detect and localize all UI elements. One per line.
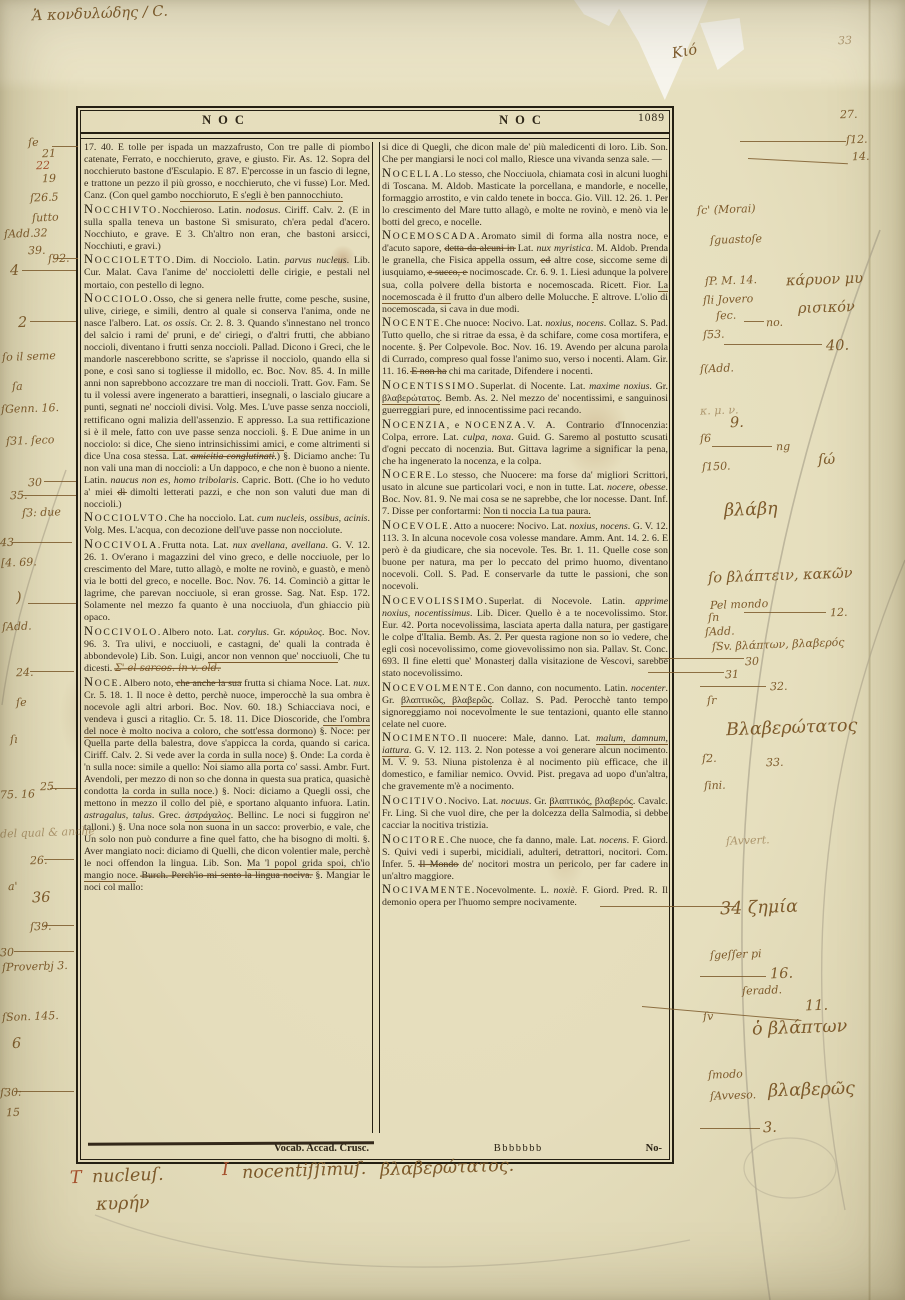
margin-annotation: ſ39. [30, 920, 52, 934]
entry-headword: NOCEVOLE. [382, 519, 454, 533]
entry-text: astragalus, talus [84, 810, 152, 821]
entry-text: nocchioruto, E s'egli è ben pannocchiuto… [180, 190, 343, 202]
running-head-right: NOC [375, 113, 672, 128]
entry-text: Frutta nota. Lat. [162, 540, 233, 551]
margin-annotation: ng [776, 440, 791, 453]
dictionary-entry: NOCENTISSIMO. Superlat. di Nocente. Lat.… [382, 379, 668, 417]
margin-leader-line [740, 141, 846, 142]
entry-text: che anche la sua [176, 678, 241, 689]
entry-text: Nocivo. Lat. [448, 796, 501, 807]
entry-headword: NOCEVOLISSIMO. [382, 594, 489, 608]
scanned-dictionary-page: NOC NOC 1089 17. 40. E tolle per ispada … [0, 0, 905, 1300]
margin-leader-line [14, 951, 74, 952]
margin-annotation: 39. [28, 244, 46, 258]
margin-annotation: ſ(Add. [700, 361, 734, 375]
entry-headword: NOCERE. [382, 468, 437, 482]
entry-text: . Grec. [152, 810, 185, 821]
entry-text: Il Mondo [419, 859, 458, 870]
margin-leader-line [44, 481, 76, 482]
entry-text: parvus nucleus [285, 255, 347, 266]
margin-annotation: ſ2. [702, 752, 717, 766]
entry-text: naucus non es, homo tribolaris [111, 475, 237, 486]
entry-headword: NOCE. [84, 676, 123, 690]
dictionary-entry: NOCITORE. Che nuoce, che fa danno, male.… [382, 833, 668, 883]
margin-annotation: 24. [16, 666, 34, 680]
running-head: NOC NOC 1089 [78, 108, 672, 132]
entry-text: nux myristica [537, 243, 591, 254]
dictionary-entry: NOCCIOLVTO. Che ha nocciolo. Lat. cum nu… [84, 511, 370, 537]
entry-text: . Gr. [649, 381, 668, 392]
margin-leader-line [700, 1128, 760, 1129]
entry-text: Atto a nuocere: Nocivo. Lat. [454, 521, 570, 532]
entry-text: βλαπτικῶς, βλαβερῶς [401, 695, 492, 707]
margin-annotation: 3. [763, 1120, 777, 1136]
entry-text: Albero noto, [123, 678, 176, 689]
column-divider-rule [372, 142, 380, 1133]
entry-text: noxius, nocens [545, 318, 603, 329]
entry-text: detta da alcuni in [445, 243, 515, 254]
margin-leader-line [724, 344, 822, 345]
dictionary-entry: NOCCIVOLA. Frutta nota. Lat. nux avellan… [84, 538, 370, 624]
margin-annotation: 15 [6, 1106, 20, 1119]
entry-headword: NOCENZIA, e NOCENZA. [382, 418, 527, 432]
margin-annotation: nucleuſ. [92, 1165, 164, 1187]
margin-annotation: ſGenn. 16. [1, 401, 59, 416]
margin-annotation: 31 [725, 668, 739, 681]
margin-leader-line [22, 495, 76, 496]
margin-annotation: 30 [28, 476, 42, 489]
margin-annotation: ſAdd. [705, 624, 735, 638]
entry-text: maxime noxius [589, 381, 649, 392]
margin-annotation: 40. [826, 338, 850, 355]
margin-annotation: ſutto [32, 211, 59, 225]
handwritten-correction: Σ' el sarcos. in v. old. [115, 663, 220, 674]
entry-text: ἀστράγαλος [185, 810, 231, 822]
margin-annotation: ὁ βλάπτων [752, 1016, 848, 1039]
left-column: 17. 40. E tolle per ispada un mazzafrust… [84, 142, 370, 1133]
margin-annotation: ſAdd. [2, 619, 32, 633]
margin-leader-line [14, 1091, 74, 1092]
margin-annotation: ſ31. ſeco [6, 433, 55, 448]
entry-headword: NOCEMOSCADA. [382, 229, 481, 243]
margin-annotation: 9. [730, 415, 744, 431]
margin-annotation: 2 [18, 315, 28, 331]
margin-annotation: ſP. M. 14. [705, 273, 757, 288]
entry-text: . Gr. [267, 627, 290, 638]
entry-text: frutto d'un albero delle Molucche. [451, 292, 593, 303]
entry-text: Che nuoce: Nocivo. Lat. [445, 318, 545, 329]
margin-annotation: 35. [10, 489, 28, 503]
margin-annotation: ſmodo [708, 1067, 743, 1081]
entry-text: . G. V. 12. 26. 1. Ov'erano i magazzini … [84, 540, 370, 623]
entry-text: Che ha nocciolo. Lat. [169, 513, 258, 524]
entry-headword: NOCEVOLMENTE. [382, 681, 487, 695]
entry-text: culpa, noxa [463, 432, 511, 443]
entry-text: Superlat. di Nocente. Lat. [480, 381, 589, 392]
margin-annotation: 16. [770, 966, 794, 983]
margin-leader-line [744, 612, 826, 613]
entry-headword: NOCCIVOLA. [84, 538, 162, 552]
right-column: si dice di Quegli, che dicon male de' pi… [382, 142, 668, 1133]
margin-annotation: ſc' (Morai) [697, 202, 756, 217]
page-number: 1089 [638, 112, 665, 124]
entry-text: nodosus [246, 205, 278, 216]
margin-annotation: κάρυον μυ [786, 271, 864, 290]
entry-text: Nocevolmente. L. [476, 885, 553, 896]
margin-annotation: ſAvveso. [710, 1088, 757, 1103]
margin-annotation: 30 [0, 946, 14, 959]
entry-headword: NOCELLA. [382, 167, 445, 181]
entry-text: Albero noto. Lat. [162, 627, 238, 638]
margin-annotation: ſo il seme [2, 349, 56, 364]
margin-annotation: ſı [10, 733, 18, 746]
margin-leader-line [700, 976, 766, 977]
margin-leader-line [748, 158, 848, 164]
entry-text: κόρυλος [290, 627, 322, 638]
entry-text: corda in sulla noce [208, 750, 284, 762]
margin-leader-line [700, 686, 766, 687]
entry-text: ed [541, 255, 550, 266]
entry-text: E non ha [411, 366, 446, 377]
margin-annotation: ) [16, 590, 22, 606]
margin-annotation: 21 [42, 147, 56, 160]
entry-text: chi ma caritade, Difendere i nocenti. [446, 366, 592, 377]
dictionary-entry: 17. 40. E tolle per ispada un mazzafrust… [84, 142, 370, 202]
dictionary-entry: NOCCIVOLO. Albero noto. Lat. corylus. Gr… [84, 625, 370, 675]
paper-top-strip [0, 0, 905, 92]
margin-leader-line [712, 446, 772, 447]
entry-text: noxiè [554, 885, 575, 896]
margin-annotation: ſec. [716, 309, 737, 323]
catchword: No- [646, 1143, 662, 1154]
margin-annotation: ſv [703, 1010, 714, 1023]
entry-text: noxius, nocens [569, 521, 627, 532]
dictionary-entry: NOCITIVO. Nocivo. Lat. nocuus. Gr. βλαπτ… [382, 794, 668, 832]
entry-headword: NOCCIOLVTO. [84, 511, 169, 525]
footer-imprint: Vocab. Accad. Crusc. [274, 1143, 369, 1154]
header-rule [80, 132, 670, 139]
margin-annotation: 26. [30, 854, 48, 868]
entry-headword: NOCCHIVTO. [84, 203, 162, 217]
gathering-signature: Bbbbbbb [494, 1143, 543, 1154]
entry-headword: NOCIMENTO. [382, 731, 461, 745]
entry-headword: NOCCIOLETTO. [84, 253, 176, 267]
margin-annotation: ſSon. 145. [2, 1009, 59, 1024]
margin-annotation: ſώ [818, 452, 836, 469]
margin-annotation: ſSv. βλάπτων, βλαβερός [712, 636, 845, 654]
text-columns: 17. 40. E tolle per ispada un mazzafrust… [78, 139, 672, 1133]
entry-headword: NOCITORE. [382, 833, 450, 847]
dictionary-entry: NOCIMENTO. Il nuocere: Male, danno. Lat.… [382, 731, 668, 793]
margin-annotation: ſo βλάπτειν, κακῶν [708, 565, 853, 586]
entry-text: Dim. di Nocciolo. Latin. [176, 255, 285, 266]
dictionary-entry: NOCCIOLO. Osso, che si genera nelle frut… [84, 292, 370, 511]
dictionary-entry: si dice di Quegli, che dicon male de' pi… [382, 142, 668, 166]
entry-text: Non ti noccia La tua paura. [483, 506, 590, 518]
paper-fold-line [868, 0, 871, 1300]
margin-annotation: ſ150. [702, 460, 731, 474]
entry-text: Che nuoce, che fa danno, male. Lat. [450, 835, 599, 846]
entry-text: Che sieno intrinsichissimi amici [156, 439, 285, 451]
entry-text: βλαβερώτατος [382, 393, 440, 405]
entry-text: nocenter [631, 683, 666, 694]
entry-text: βλαπτικός, βλαβερός [549, 796, 632, 808]
entry-text: nux avellana, avellana [233, 540, 326, 551]
entry-text: Con danno, con nocumento. Latin. [487, 683, 630, 694]
margin-annotation: ſn [708, 611, 720, 624]
printed-text-block: NOC NOC 1089 17. 40. E tolle per ispada … [76, 106, 674, 1164]
margin-leader-line [744, 321, 764, 322]
margin-leader-line [54, 258, 78, 259]
margin-annotation: ſr [707, 694, 717, 707]
margin-annotation: κ. μ. ν. [700, 403, 739, 417]
margin-annotation: 36 [32, 890, 51, 907]
entry-text: . Gr. [529, 796, 549, 807]
entry-text: Porta nocevolissima, lasciata aperta dal… [417, 620, 611, 632]
margin-annotation: a' [8, 880, 18, 893]
entry-text: os ossis [163, 318, 194, 329]
margin-annotation: 6 [12, 1036, 22, 1052]
margin-annotation: 32. [770, 680, 788, 694]
entry-text: la corda in sulla noce [122, 786, 212, 798]
margin-annotation: ſ53. [703, 328, 725, 342]
margin-annotation: 12. [830, 606, 848, 620]
footer-line: Vocab. Accad. Crusc. Bbbbbbb No- [78, 1143, 672, 1159]
margin-annotation: 22 [36, 159, 50, 172]
entry-headword: NOCITIVO. [382, 794, 448, 808]
margin-annotation: ſProverbj 3. [2, 959, 68, 974]
entry-text: cum nucleis, ossibus, acinis [257, 513, 367, 524]
margin-leader-line [44, 925, 74, 926]
entry-text: amicitia conglutinati [191, 451, 274, 462]
margin-annotation: ſAdd.32 [4, 226, 48, 241]
entry-text: . Cr. 2. 8. 3. Quando s'innestano nel tr… [84, 318, 370, 449]
entry-text: Superlat. di Nocevole. Latin. [489, 596, 635, 607]
margin-annotation: T [70, 1168, 82, 1188]
entry-headword: NOCCIOLO. [84, 292, 153, 306]
margin-leader-line [12, 542, 72, 543]
margin-annotation: ſ92. [48, 252, 70, 266]
margin-annotation: 25. [40, 780, 58, 794]
entry-text: dì [118, 487, 126, 498]
margin-leader-line [50, 788, 76, 789]
entry-text: nocere, obesse [607, 482, 665, 493]
entry-text: Il nuocere: Male, danno. Lat. [461, 733, 596, 744]
entry-text: . G. V. 12. 113. 2. Non potesse a voi ge… [382, 745, 668, 792]
margin-annotation: 34 ζημία [720, 897, 799, 920]
margin-annotation: 27. [840, 108, 858, 122]
dictionary-entry: NOCEVOLE. Atto a nuocere: Nocivo. Lat. n… [382, 519, 668, 593]
dictionary-entry: NOCELLA. Lo stesso, che Nocciuola, chiam… [382, 167, 668, 229]
margin-annotation: [4. 69. [1, 555, 37, 569]
dictionary-entry: NOCCHIVTO. Nocchieroso. Latin. nodosus. … [84, 203, 370, 253]
margin-annotation: ſe [28, 136, 39, 149]
margin-annotation: Βλαβερώτατος [726, 716, 858, 741]
margin-annotation: no. [766, 316, 783, 330]
dictionary-entry: NOCEVOLISSIMO. Superlat. di Nocevole. La… [382, 594, 668, 680]
margin-annotation: 75. 16 [0, 787, 35, 801]
margin-annotation: βλάβη [724, 499, 778, 521]
entry-text: corylus [238, 627, 267, 638]
margin-annotation: ſe [16, 696, 27, 709]
dictionary-entry: NOCE. Albero noto, che anche la sua frut… [84, 676, 370, 895]
margin-leader-line [28, 603, 76, 604]
running-head-left: NOC [78, 113, 375, 128]
margin-annotation: ſa [12, 380, 23, 393]
margin-annotation: 30 [745, 655, 759, 668]
entry-text: si dice di Quegli, che dicon male de' pi… [382, 142, 668, 165]
dictionary-entry: NOCIVAMENTE. Nocevolmente. L. noxiè. F. … [382, 883, 668, 909]
dictionary-entry: NOCENTE. Che nuoce: Nocivo. Lat. noxius,… [382, 316, 668, 378]
margin-annotation: ſ6 [700, 432, 712, 445]
entry-text: nocuus [501, 796, 529, 807]
dictionary-entry: NOCEMOSCADA. Aromato simil di forma alla… [382, 229, 668, 315]
entry-headword: NOCCIVOLO. [84, 625, 162, 639]
margin-leader-line [52, 146, 78, 147]
dictionary-entry: NOCERE. Lo stesso, che Nuocere: ma forse… [382, 468, 668, 518]
entry-text: e succo, e [428, 267, 467, 278]
margin-leader-line [22, 270, 76, 271]
margin-annotation: ſgeſſer pi [710, 947, 762, 962]
margin-annotation: ſguastoſe [710, 232, 762, 247]
margin-annotation: ρισικόν [798, 299, 855, 317]
dictionary-entry: NOCENZIA, e NOCENZA. V. A. Contrario d'I… [382, 418, 668, 468]
margin-annotation: κυρήν [96, 1193, 150, 1215]
margin-annotation: ſini. [704, 779, 726, 793]
margin-annotation: Pel mondo [710, 597, 769, 612]
margin-leader-line [44, 859, 74, 860]
entry-text: dimolti letterati pazzi, e che non son v… [84, 487, 370, 510]
entry-headword: NOCIVAMENTE. [382, 883, 476, 897]
margin-annotation: ſeradd. [742, 983, 782, 997]
entry-text: Burch. Perch'io mi sento la lingua nociv… [141, 870, 312, 881]
dictionary-entry: NOCEVOLMENTE. Con danno, con nocumento. … [382, 681, 668, 731]
entry-headword: NOCENTE. [382, 316, 445, 330]
margin-annotation: ſ3: due [22, 505, 61, 519]
margin-annotation: ſAvvert. [726, 833, 770, 848]
margin-annotation: 33. [766, 756, 784, 770]
entry-text: Nocchieroso. Latin. [162, 205, 246, 216]
entry-text: Lat. [515, 243, 537, 254]
entry-headword: NOCENTISSIMO. [382, 379, 480, 393]
margin-annotation: ſ30: [0, 1086, 22, 1100]
dictionary-entry: NOCCIOLETTO. Dim. di Nocciolo. Latin. pa… [84, 253, 370, 291]
margin-annotation: 11. [805, 998, 829, 1015]
margin-annotation: 19 [42, 172, 56, 185]
margin-annotation: ſ12. [846, 133, 868, 147]
entry-text: frutta si chiama Noce. Lat. [241, 678, 353, 689]
entry-text: ancor non vennon que' nocciuoli [208, 651, 338, 663]
entry-text: nocens [599, 835, 626, 846]
entry-text: . Ciriff. Calv. 2. [278, 205, 349, 216]
margin-annotation: ſ26.5 [30, 191, 59, 205]
margin-annotation: βλαβερῶς [768, 1078, 856, 1101]
margin-annotation: 4 [10, 263, 20, 279]
margin-leader-line [30, 671, 74, 672]
margin-annotation: 43 [0, 536, 14, 549]
margin-leader-line [30, 321, 76, 322]
margin-annotation: ſli Jovero [703, 292, 754, 307]
entry-text: nux [353, 678, 367, 689]
